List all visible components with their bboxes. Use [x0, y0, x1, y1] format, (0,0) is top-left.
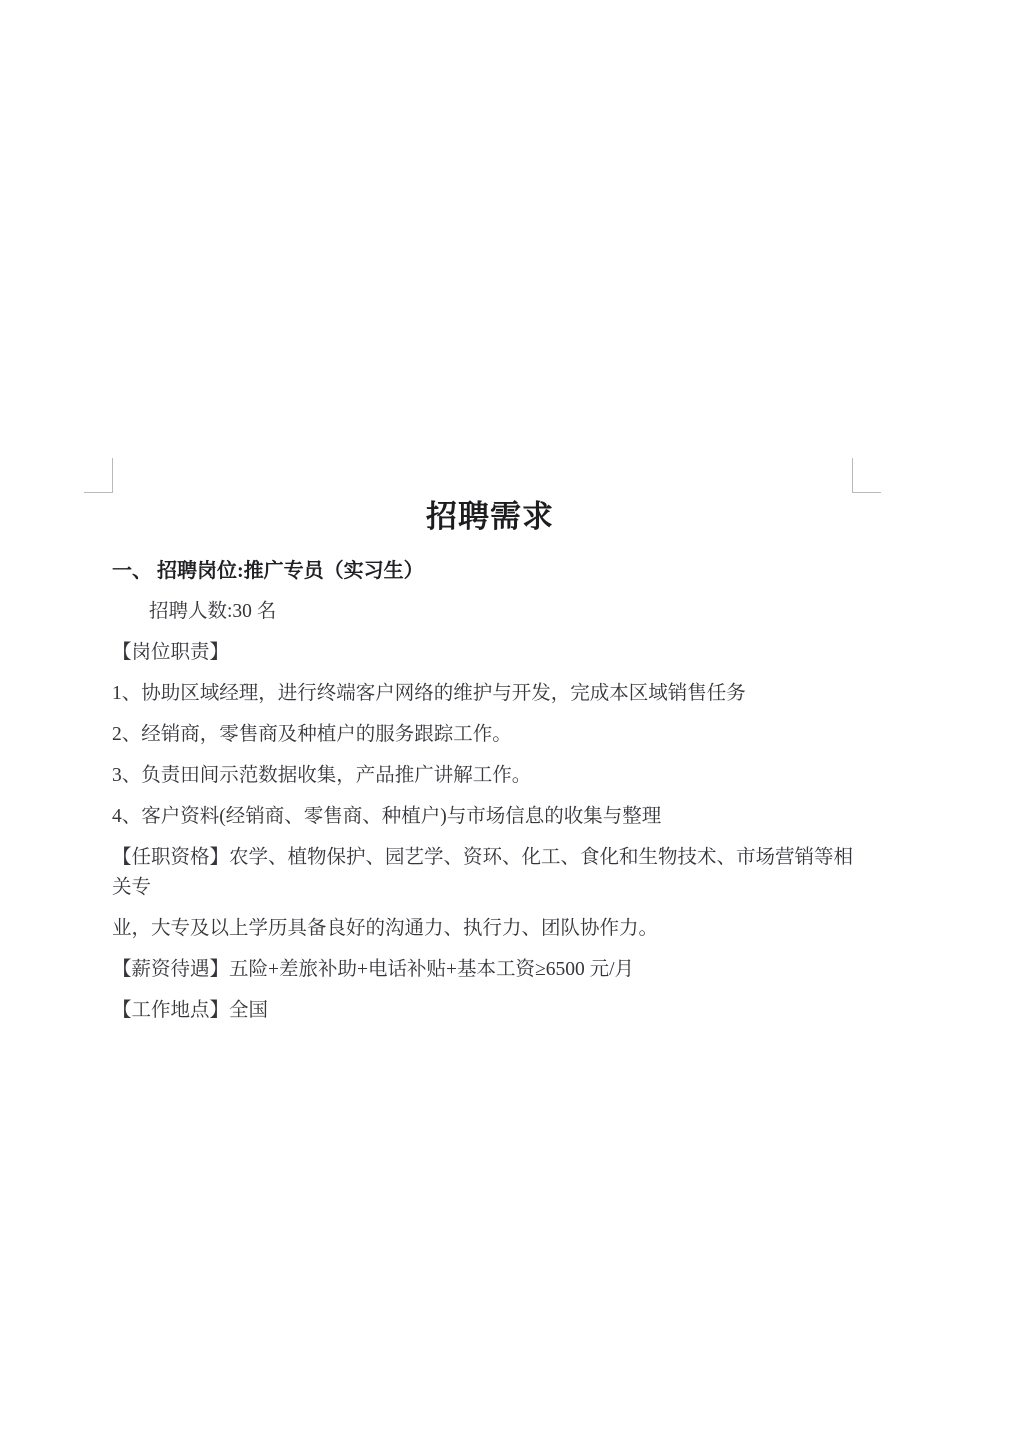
document-body: 招聘需求 一、 招聘岗位:推广专员（实习生） 招聘人数:30 名 【岗位职责】 …: [112, 494, 868, 1026]
paragraph-duty-3: 3、负责田间示范数据收集，产品推广讲解工作。: [112, 761, 868, 791]
paragraph-location: 【工作地点】全国: [112, 996, 868, 1026]
paragraph-position-heading: 一、 招聘岗位:推广专员（实习生）: [112, 556, 868, 586]
paragraph-headcount: 招聘人数:30 名: [112, 597, 868, 627]
paragraph-duty-1: 1、协助区域经理，进行终端客户网络的维护与开发，完成本区域销售任务: [112, 679, 868, 709]
document-page: { "page": { "background": "#ffffff", "bo…: [0, 0, 1024, 1447]
paragraph-qualifications-line-2: 业，大专及以上学历具备良好的沟通力、执行力、团队协作力。: [112, 914, 868, 944]
paragraph-salary: 【薪资待遇】五险+差旅补助+电话补贴+基本工资≥6500 元/月: [112, 955, 868, 985]
document-title: 招聘需求: [112, 494, 868, 540]
paragraph-duties-label: 【岗位职责】: [112, 638, 868, 668]
text-boundary-mark-top-right: [852, 458, 881, 493]
paragraph-qualifications-line-1: 【任职资格】农学、植物保护、园艺学、资环、化工、食化和生物技术、市场营销等相关专: [112, 843, 868, 903]
text-boundary-mark-top-left: [84, 458, 113, 493]
paragraph-duty-4: 4、客户资料(经销商、零售商、种植户)与市场信息的收集与整理: [112, 802, 868, 832]
paragraph-duty-2: 2、经销商，零售商及种植户的服务跟踪工作。: [112, 720, 868, 750]
